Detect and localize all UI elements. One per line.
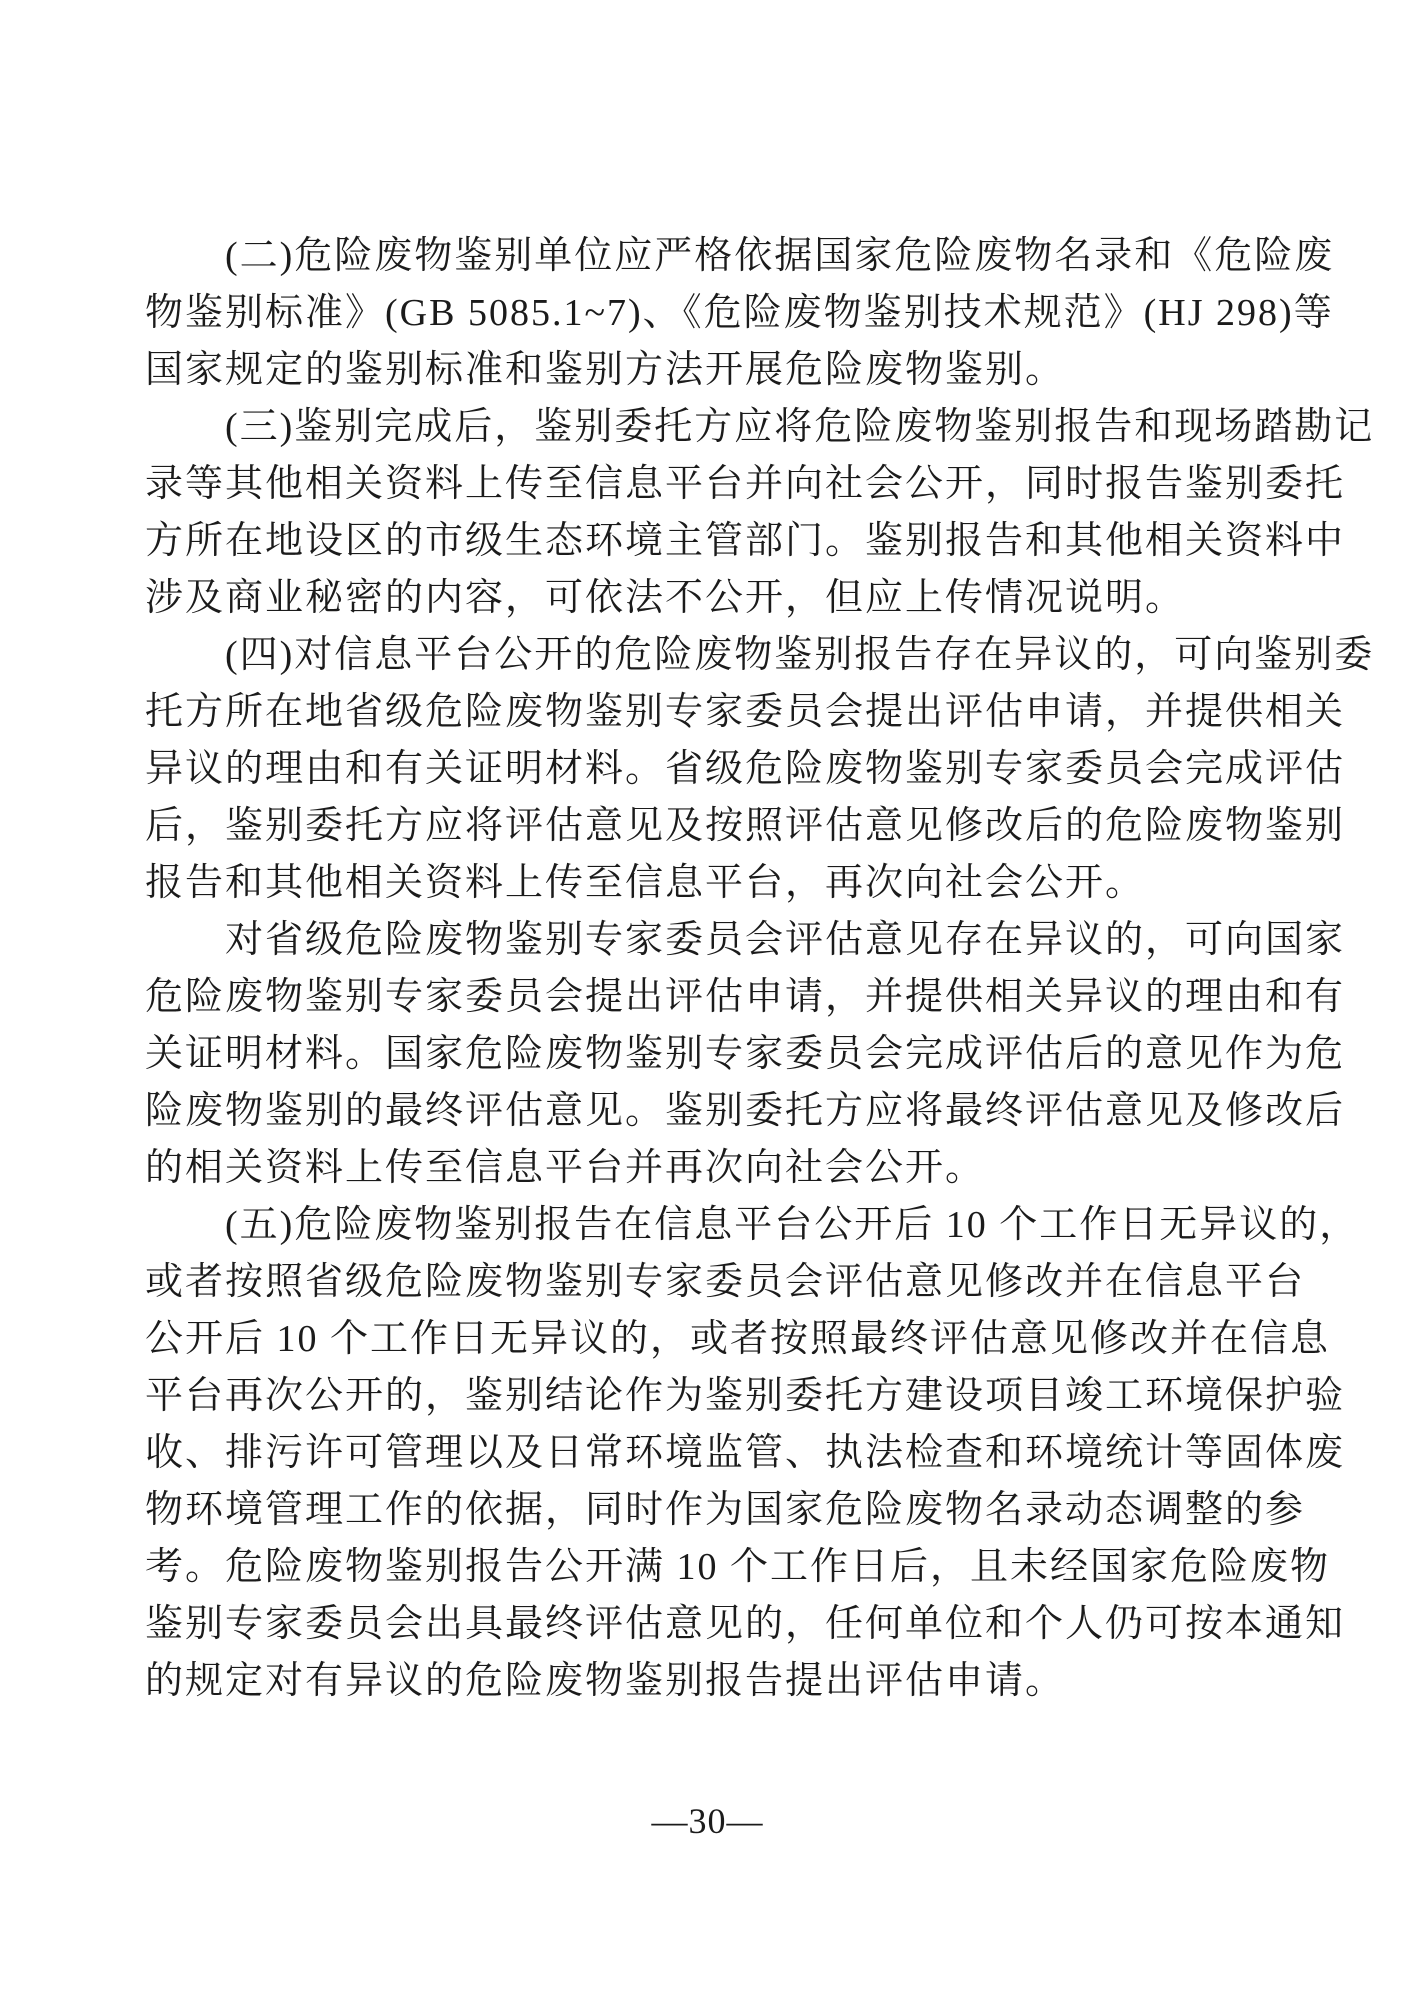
text-line: 对省级危险废物鉴别专家委员会评估意见存在异议的，可向国家 <box>145 912 1275 969</box>
text-line: 关证明材料。国家危险废物鉴别专家委员会完成评估后的意见作为危 <box>145 1026 1275 1083</box>
text-line: 或者按照省级危险废物鉴别专家委员会评估意见修改并在信息平台 <box>145 1254 1275 1311</box>
text-line: (二)危险废物鉴别单位应严格依据国家危险废物名录和《危险废 <box>145 228 1275 285</box>
text-line: 录等其他相关资料上传至信息平台并向社会公开，同时报告鉴别委托 <box>145 456 1275 513</box>
text-line: (四)对信息平台公开的危险废物鉴别报告存在异议的，可向鉴别委 <box>145 627 1275 684</box>
text-line: 物鉴别标准》(GB 5085.1~7)、《危险废物鉴别技术规范》(HJ 298)… <box>145 285 1275 342</box>
text-line: 方所在地设区的市级生态环境主管部门。鉴别报告和其他相关资料中 <box>145 513 1275 570</box>
text-line: 后，鉴别委托方应将评估意见及按照评估意见修改后的危险废物鉴别 <box>145 798 1275 855</box>
text-line: 考。危险废物鉴别报告公开满 10 个工作日后，且未经国家危险废物 <box>145 1539 1275 1596</box>
text-line: (五)危险废物鉴别报告在信息平台公开后 10 个工作日无异议的， <box>145 1197 1275 1254</box>
text-line: 涉及商业秘密的内容，可依法不公开，但应上传情况说明。 <box>145 570 1275 627</box>
text-line: 的相关资料上传至信息平台并再次向社会公开。 <box>145 1140 1275 1197</box>
text-line: 鉴别专家委员会出具最终评估意见的，任何单位和个人仍可按本通知 <box>145 1596 1275 1653</box>
text-line: 国家规定的鉴别标准和鉴别方法开展危险废物鉴别。 <box>145 342 1275 399</box>
text-line: 平台再次公开的，鉴别结论作为鉴别委托方建设项目竣工环境保护验 <box>145 1368 1275 1425</box>
text-line: 的规定对有异议的危险废物鉴别报告提出评估申请。 <box>145 1653 1275 1710</box>
text-line: 异议的理由和有关证明材料。省级危险废物鉴别专家委员会完成评估 <box>145 741 1275 798</box>
text-line: 危险废物鉴别专家委员会提出评估申请，并提供相关异议的理由和有 <box>145 969 1275 1026</box>
text-line: 报告和其他相关资料上传至信息平台，再次向社会公开。 <box>145 855 1275 912</box>
body-text: (二)危险废物鉴别单位应严格依据国家危险废物名录和《危险废物鉴别标准》(GB 5… <box>145 228 1275 1710</box>
document-page: (二)危险废物鉴别单位应严格依据国家危险废物名录和《危险废物鉴别标准》(GB 5… <box>0 0 1415 2000</box>
text-line: 托方所在地省级危险废物鉴别专家委员会提出评估申请，并提供相关 <box>145 684 1275 741</box>
text-line: 收、排污许可管理以及日常环境监管、执法检查和环境统计等固体废 <box>145 1425 1275 1482</box>
text-line: 物环境管理工作的依据，同时作为国家危险废物名录动态调整的参 <box>145 1482 1275 1539</box>
page-number: —30— <box>0 1800 1415 1842</box>
text-line: 险废物鉴别的最终评估意见。鉴别委托方应将最终评估意见及修改后 <box>145 1083 1275 1140</box>
text-line: 公开后 10 个工作日无异议的，或者按照最终评估意见修改并在信息 <box>145 1311 1275 1368</box>
text-line: (三)鉴别完成后，鉴别委托方应将危险废物鉴别报告和现场踏勘记 <box>145 399 1275 456</box>
